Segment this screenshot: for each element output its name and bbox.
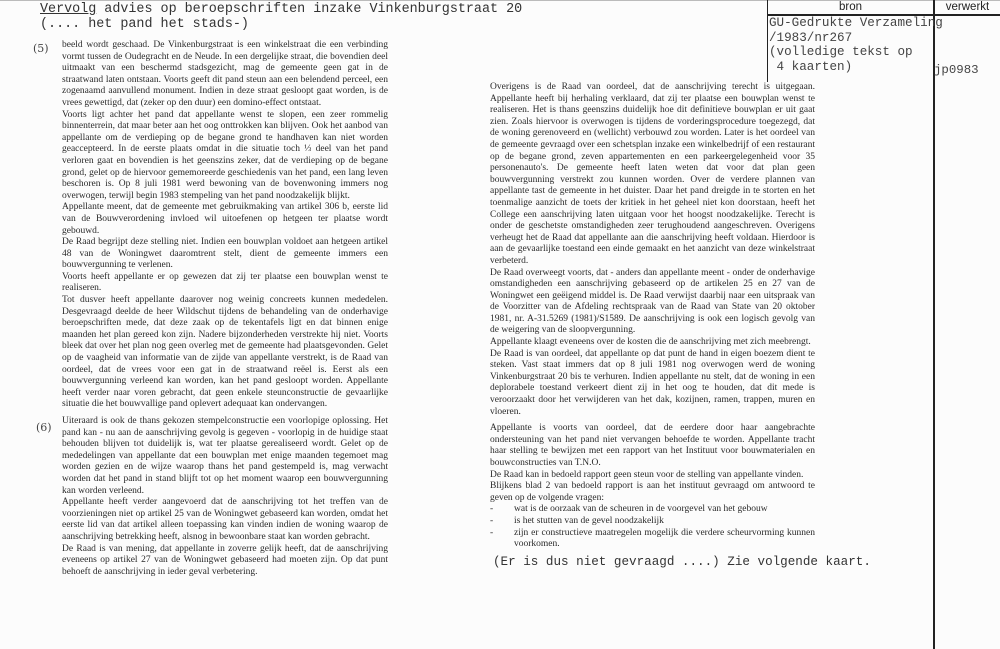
paragraph: Overigens is de Raad van oordeel, dat de… xyxy=(490,82,815,268)
title-continued-label: Vervolg xyxy=(40,2,96,17)
paragraph: Appellante meent, dat de gemeente met ge… xyxy=(62,202,388,237)
typewritten-footer-note: (Er is dus niet gevraagd ....) Zie volge… xyxy=(493,555,871,569)
card-title: Vervolg advies op beroepschriften inzake… xyxy=(40,2,522,32)
dash-bullet-icon: - xyxy=(490,516,493,528)
right-text-column: Overigens is de Raad van oordeel, dat de… xyxy=(490,82,815,551)
bron-source-text: GU-Gedrukte Verzameling /1983/nr267 (vol… xyxy=(769,16,943,74)
bron-line: 4 kaarten) xyxy=(769,60,852,74)
verwerkt-code: jp0983 xyxy=(934,63,979,77)
dash-bullet-icon: - xyxy=(490,528,493,540)
verwerkt-column-header: verwerkt xyxy=(935,1,1000,13)
margin-marker-5: (5) xyxy=(33,42,49,55)
title-subtitle: (.... het pand het stads-) xyxy=(40,17,249,32)
bron-column-header: bron xyxy=(768,1,933,13)
list-item: -zijn er constructieve maatregelen mogel… xyxy=(490,528,815,551)
paragraph: De Raad overweegt voorts, dat - anders d… xyxy=(490,268,815,338)
paragraph: De Raad begrijpt deze stelling niet. Ind… xyxy=(62,237,388,272)
bron-line: (volledige tekst op xyxy=(769,45,913,59)
paragraph: beeld wordt geschaad. De Vinkenburgstraa… xyxy=(62,40,388,110)
bron-line: /1983/nr267 xyxy=(769,31,852,45)
paragraph: Voorts heeft appellante er op gewezen da… xyxy=(62,272,388,295)
paragraph: De Raad kan in bedoeld rapport geen steu… xyxy=(490,470,815,482)
paragraph: Uiteraard is ook de thans gekozen stempe… xyxy=(62,416,388,497)
paragraph: Tot dusver heeft appellante daarover nog… xyxy=(62,295,388,411)
verwerkt-divider xyxy=(933,0,935,649)
paragraph: De Raad is van oordeel, dat appellante o… xyxy=(490,349,815,419)
index-card: Vervolg advies op beroepschriften inzake… xyxy=(0,0,1000,649)
paragraph: Voorts ligt achter het pand dat appellan… xyxy=(62,110,388,203)
left-text-column: beeld wordt geschaad. De Vinkenburgstraa… xyxy=(62,40,388,578)
question-list: -wat is de oorzaak van de scheuren in de… xyxy=(490,504,815,550)
title-text: advies op beroepschriften inzake Vinkenb… xyxy=(96,2,522,17)
list-item-text: is het stutten van de gevel noodzakelijk xyxy=(514,516,664,526)
dash-bullet-icon: - xyxy=(490,504,493,516)
paragraph: Appellante heeft verder aangevoerd dat d… xyxy=(62,497,388,543)
margin-marker-6: (6) xyxy=(36,421,52,434)
paragraph: Blijkens blad 2 van bedoeld rapport is a… xyxy=(490,481,815,504)
list-item: -is het stutten van de gevel noodzakelij… xyxy=(490,516,815,528)
bron-line: GU-Gedrukte Verzameling xyxy=(769,16,943,30)
list-item-text: wat is de oorzaak van de scheuren in de … xyxy=(514,504,768,514)
list-item-text: zijn er constructieve maatregelen mogeli… xyxy=(514,528,815,550)
paragraph: De Raad is van mening, dat appellante in… xyxy=(62,544,388,579)
paragraph: Appellante klaagt eveneens over de koste… xyxy=(490,337,815,349)
list-item: -wat is de oorzaak van de scheuren in de… xyxy=(490,504,815,516)
paragraph: Appellante is voorts van oordeel, dat de… xyxy=(490,423,815,469)
